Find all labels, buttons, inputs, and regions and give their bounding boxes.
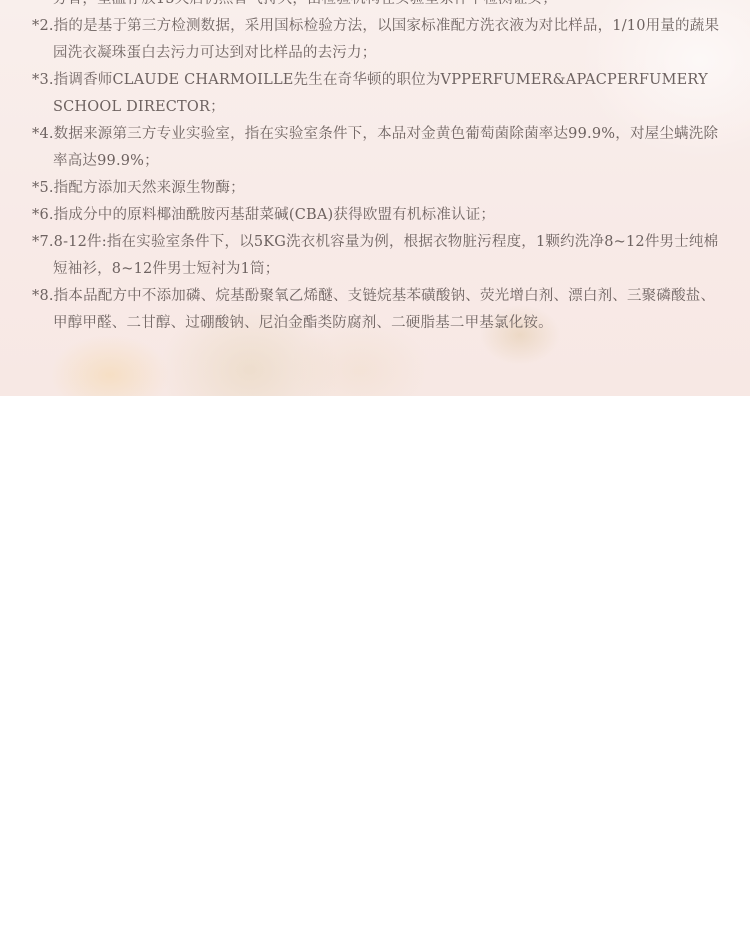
footnote-4: *4.数据来源第三方专业实验室，指在实验室条件下，本品对金黄色葡萄菌除菌率达99… — [32, 121, 722, 175]
footnote-6: *6.指成分中的原料椰油酰胺丙基甜菜碱(CBA)获得欧盟有机标准认证； — [32, 202, 722, 229]
footnote-7: *7.8-12件:指在实验室条件下，以5KG洗衣机容量为例，根据衣物脏污程度，1… — [32, 229, 722, 283]
footnote-5: *5.指配方添加天然来源生物酶； — [32, 175, 722, 202]
footnotes-list: 芳香，室温存放15天后仍然香气持久，由检验机构在实验室条件下检测证实； *2.指… — [32, 0, 722, 337]
disclaimer-banner: 芳香，室温存放15天后仍然香气持久，由检验机构在实验室条件下检测证实； *2.指… — [0, 0, 750, 396]
footnote-3: *3.指调香师CLAUDE CHARMOILLE先生在奇华顿的职位为VPPERF… — [32, 67, 722, 121]
footnote-1-continuation: 芳香，室温存放15天后仍然香气持久，由检验机构在实验室条件下检测证实； — [32, 0, 722, 13]
footnote-8: *8.指本品配方中不添加磷、烷基酚聚氧乙烯醚、支链烷基苯磺酸钠、荧光增白剂、漂白… — [32, 283, 722, 337]
footnote-2: *2.指的是基于第三方检测数据，采用国标检验方法，以国家标准配方洗衣液为对比样品… — [32, 13, 722, 67]
blank-page-area — [0, 396, 750, 929]
